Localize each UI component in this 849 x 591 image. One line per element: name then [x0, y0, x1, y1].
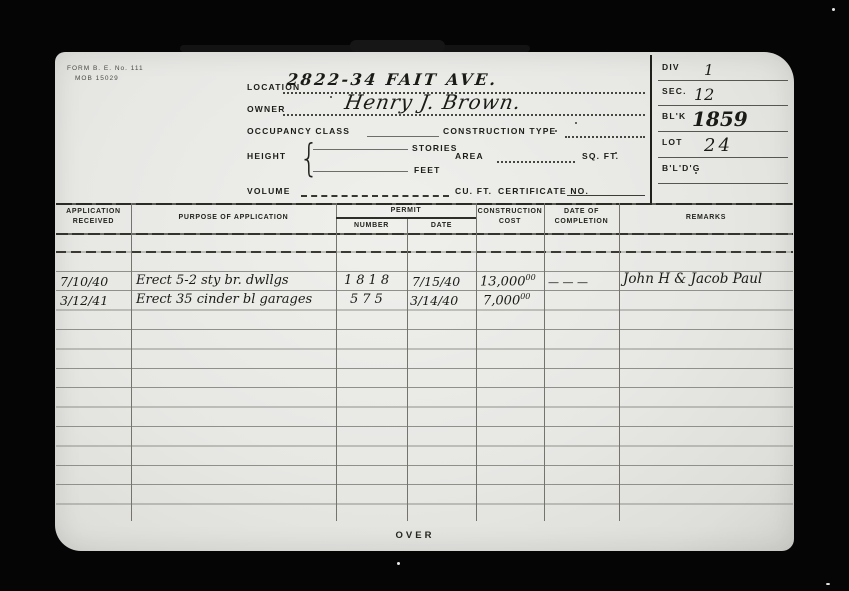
stories-rule: [313, 149, 408, 150]
grid-line: [476, 203, 477, 521]
certificate-rule: [567, 195, 645, 196]
cost-cents: 00: [526, 273, 536, 282]
permit-number-cell: 575: [350, 292, 387, 307]
height-brace: {: [299, 136, 318, 180]
grid-line: [619, 203, 620, 521]
parcel-row-sec: SEC. 12: [652, 81, 796, 106]
form-number-line1: FORM B. E. No. 111: [67, 64, 144, 74]
area-rule: [497, 161, 575, 163]
cu-ft-label: CU. FT.: [455, 186, 492, 196]
form-number-line2: MOB 15029: [75, 74, 144, 84]
purpose-cell: Erect 5-2 sty br. dwllgs: [136, 273, 289, 288]
permit-number-cell: 1818: [344, 273, 393, 288]
permits-table: APPLICATION RECEIVED PURPOSE OF APPLICAT…: [56, 203, 793, 521]
table-top-rule: [56, 203, 793, 205]
parcel-row-div: DIV 1: [652, 57, 796, 81]
owner-value: Henry J. Brown.: [343, 90, 523, 114]
cost-cell: 7,00000: [483, 292, 530, 308]
cost-dollars: 13,000: [480, 274, 526, 289]
scan-smudge: [350, 40, 445, 52]
permit-header-rule: [336, 217, 476, 219]
table-heavy-rule: [56, 251, 793, 253]
remarks-cell: John H & Jacob Paul: [623, 271, 762, 287]
owner-label: OWNER: [247, 104, 286, 114]
col-header-construction-cost: CONSTRUCTION COST: [476, 207, 544, 227]
completion-cell: — — —: [548, 276, 588, 289]
table-header-rule: [56, 233, 793, 235]
permit-index-card: FORM B. E. No. 111 MOB 15029 LOCATION 28…: [55, 52, 794, 551]
sec-label: SEC.: [662, 86, 687, 96]
scan-speck: [832, 8, 835, 11]
permit-date-cell: 7/15/40: [412, 274, 460, 289]
height-label: HEIGHT: [247, 151, 286, 161]
occupancy-class-label: OCCUPANCY CLASS: [247, 126, 350, 136]
cost-cell: 13,00000: [480, 273, 536, 289]
lot-value: 24: [704, 135, 733, 156]
owner-rule: [283, 114, 645, 116]
ink-speck: [695, 172, 697, 174]
sq-ft-label: SQ. FT.: [582, 151, 619, 161]
purpose-cell: Erect 35 cinder bl garages: [136, 292, 312, 307]
construction-type-label: CONSTRUCTION TYPE: [443, 126, 556, 136]
col-header-application-received: APPLICATION RECEIVED: [56, 207, 131, 227]
scan-speck: [397, 562, 400, 565]
ink-speck: [615, 152, 617, 154]
col-header-date: DATE: [407, 221, 476, 231]
cost-cents: 00: [520, 292, 530, 301]
stories-label: STORIES: [412, 143, 458, 153]
occupancy-class-rule: [367, 136, 439, 137]
parcel-row-blk: BL'K 1859: [652, 106, 796, 132]
blk-value: 1859: [692, 107, 748, 131]
col-header-purpose: PURPOSE OF APPLICATION: [131, 213, 336, 223]
parcel-panel: DIV 1 SEC. 12 BL'K 1859 LOT 24 B'L'D'G: [650, 55, 796, 203]
cost-dollars: 7,000: [483, 293, 520, 308]
over-label: OVER: [335, 530, 495, 541]
parcel-rule: [658, 183, 788, 184]
ink-speck: [555, 130, 557, 132]
grid-line: [407, 218, 408, 521]
feet-label: FEET: [414, 165, 441, 175]
parcel-row-lot: LOT 24: [652, 132, 796, 158]
sec-value: 12: [694, 85, 714, 104]
col-header-remarks: REMARKS: [619, 213, 793, 223]
scanned-permit-card-page: { "document": { "form_number_line1": "FO…: [0, 0, 849, 591]
div-label: DIV: [662, 62, 680, 72]
ink-speck: [330, 96, 332, 98]
ink-speck: [575, 122, 577, 124]
grid-line: [544, 203, 545, 521]
location-value: 2822-34 FAIT AVE.: [286, 70, 499, 89]
parcel-row-bldg: B'L'D'G: [652, 158, 796, 184]
blk-label: BL'K: [662, 111, 686, 121]
feet-rule: [313, 171, 408, 172]
received-cell: 3/12/41: [60, 293, 108, 308]
construction-type-rule: [565, 136, 645, 138]
grid-line: [131, 203, 132, 521]
volume-rule: [301, 195, 449, 197]
permit-date-cell: 3/14/40: [410, 293, 458, 308]
scan-speck: [826, 583, 830, 585]
received-cell: 7/10/40: [60, 274, 108, 289]
grid-line: [336, 203, 337, 521]
col-header-permit: PERMIT: [336, 206, 476, 216]
col-header-date-of-completion: DATE OF COMPLETION: [544, 207, 619, 227]
lot-label: LOT: [662, 137, 683, 147]
col-header-number: NUMBER: [336, 221, 407, 231]
area-label: AREA: [455, 151, 484, 161]
div-value: 1: [704, 61, 714, 79]
form-number: FORM B. E. No. 111 MOB 15029: [67, 64, 144, 84]
volume-label: VOLUME: [247, 186, 291, 196]
